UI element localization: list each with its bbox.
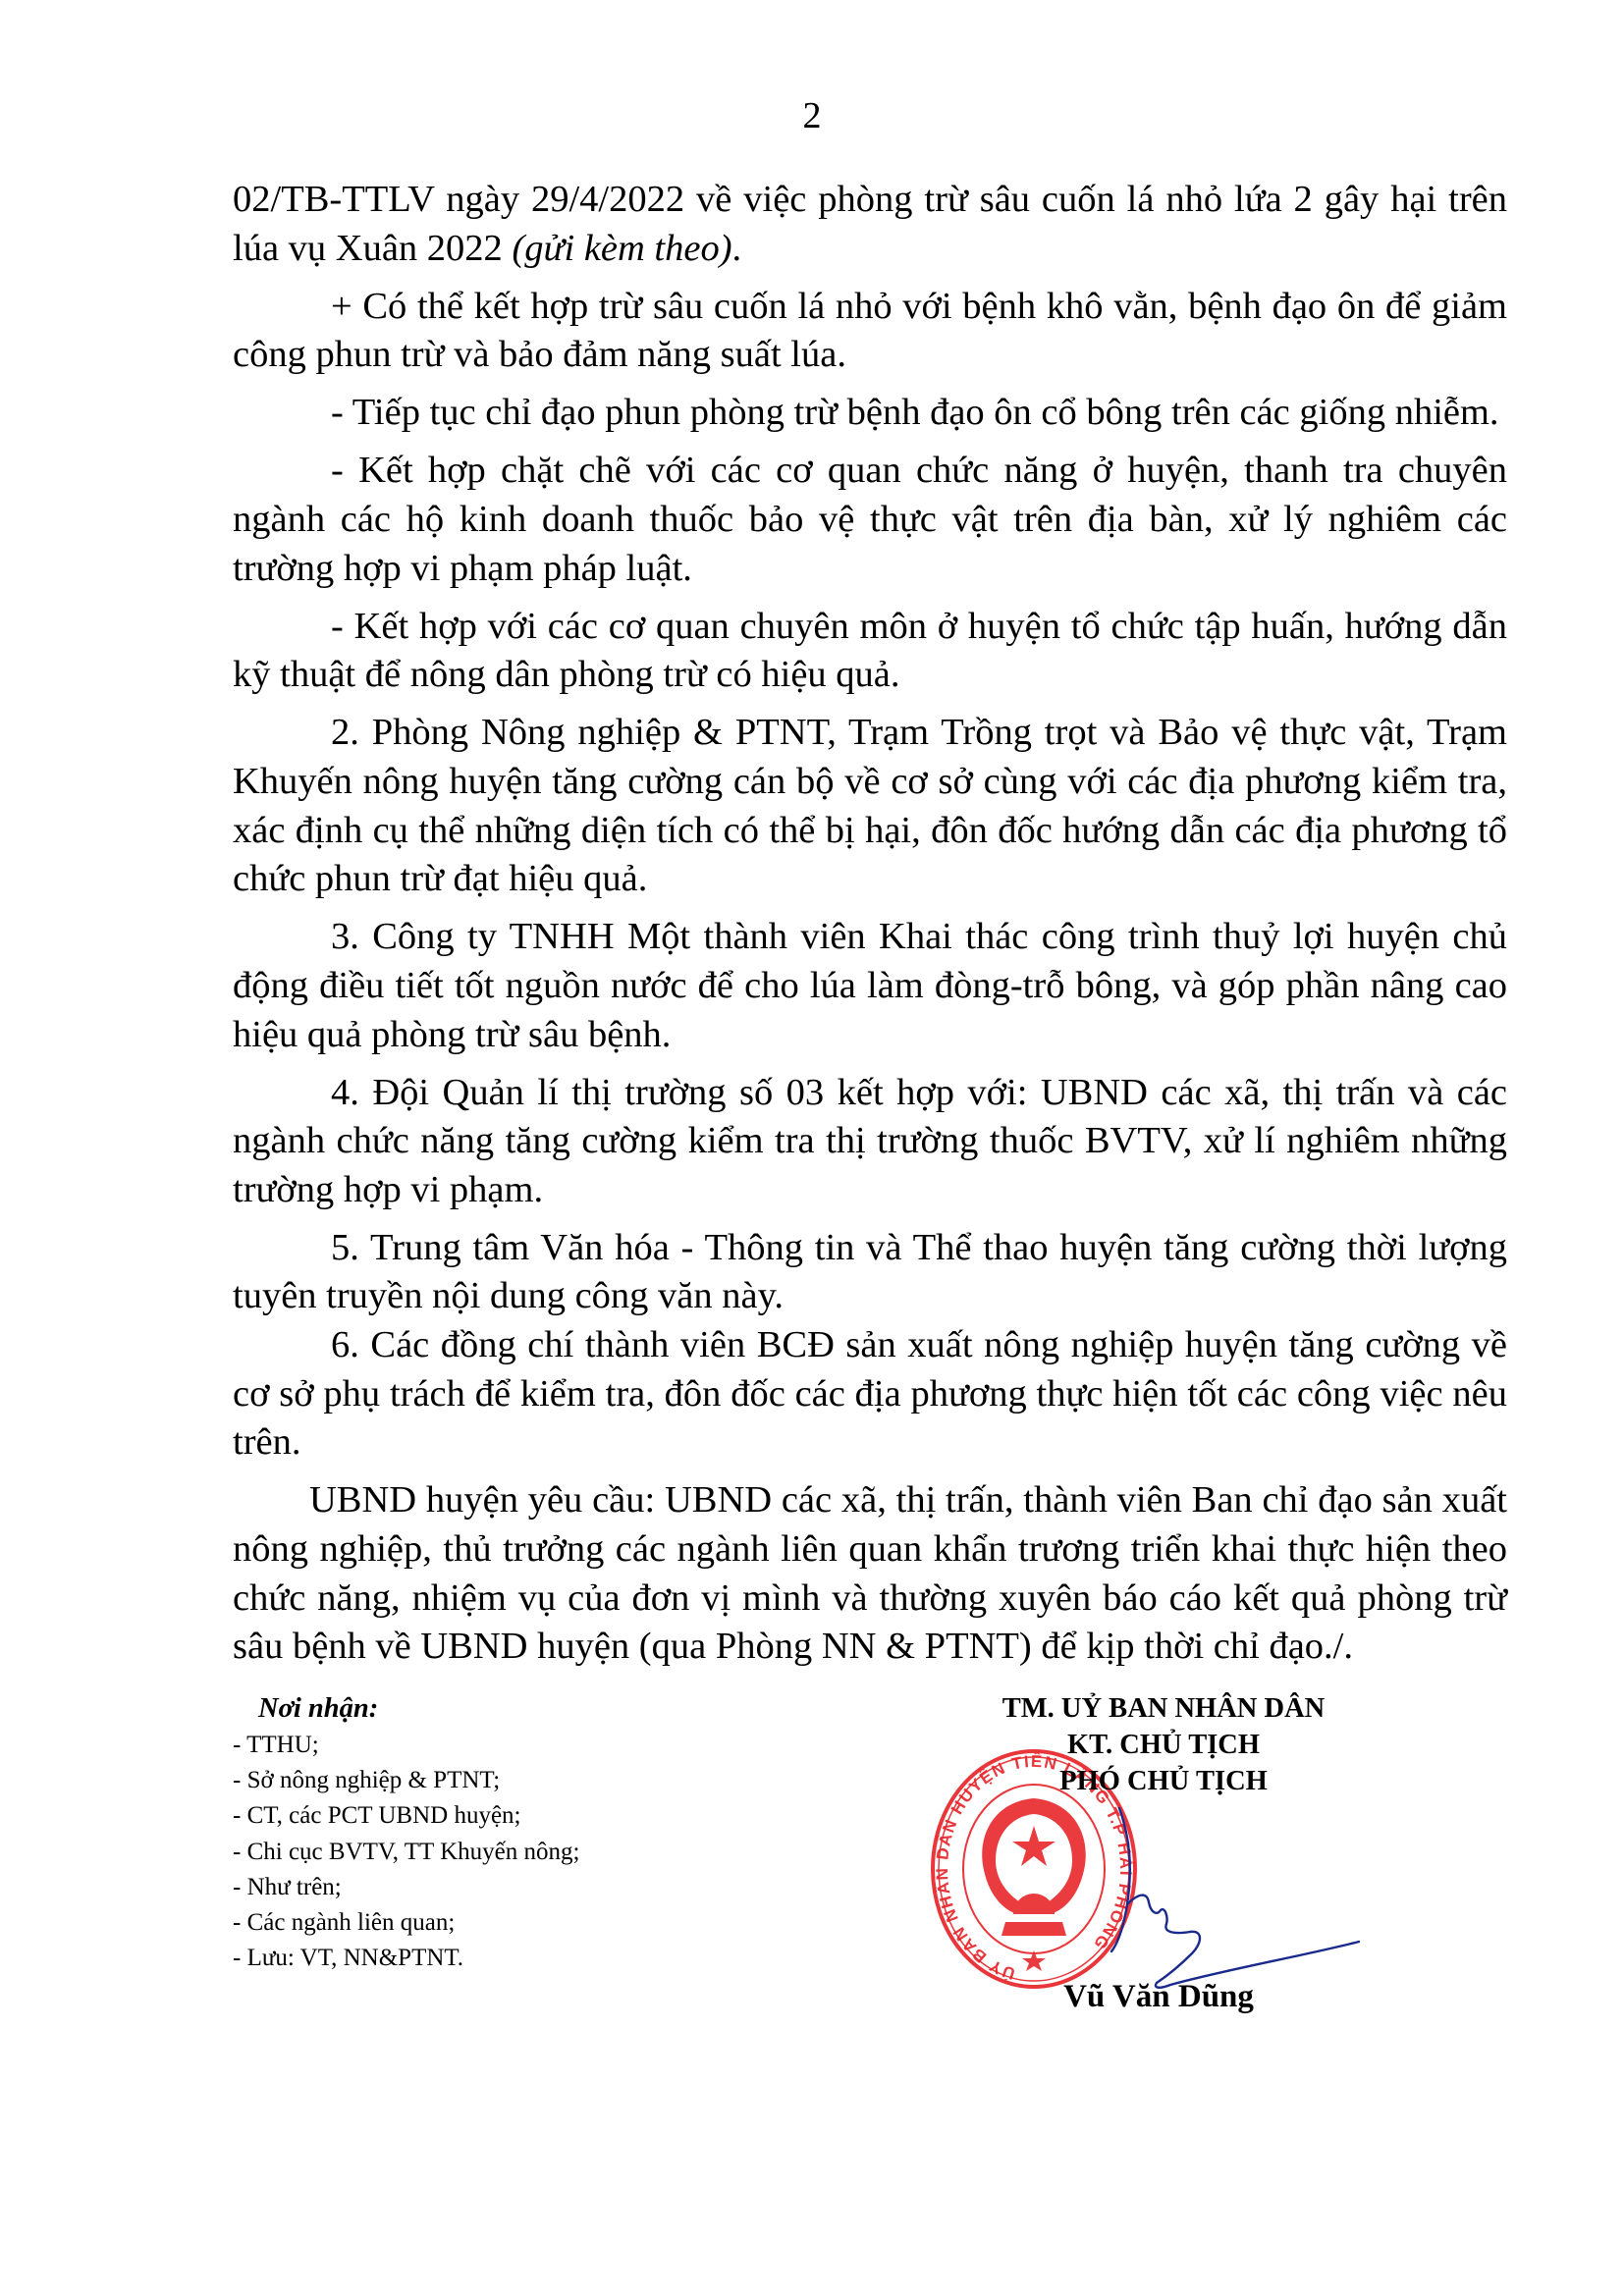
- recipient-item: - Lưu: VT, NN&PTNT.: [233, 1941, 783, 1976]
- recipient-item: - Các ngành liên quan;: [233, 1905, 783, 1941]
- handwritten-signature-icon: [1100, 1796, 1394, 1993]
- page-number: 2: [0, 96, 1624, 135]
- recipient-item: - Chi cục BVTV, TT Khuyến nông;: [233, 1835, 783, 1870]
- signing-capacity: KT. CHỦ TỊCH: [943, 1727, 1384, 1763]
- recipient-item: - Như trên;: [233, 1870, 783, 1905]
- recipient-item: - TTHU;: [233, 1728, 783, 1763]
- paragraph-item-4: 4. Đội Quản lí thị trường số 03 kết hợp …: [233, 1069, 1507, 1215]
- signature-block: TM. UỶ BAN NHÂN DÂN KT. CHỦ TỊCH PHÓ CHỦ…: [943, 1690, 1384, 1799]
- paragraph-item-5: 5. Trung tâm Văn hóa - Thông tin và Thể …: [233, 1224, 1507, 1321]
- paragraph-item-3: 3. Công ty TNHH Một thành viên Khai thác…: [233, 913, 1507, 1059]
- paragraph-item-2: 2. Phòng Nông nghiệp & PTNT, Trạm Trồng …: [233, 709, 1507, 903]
- paragraph-continuation: 02/TB-TTLV ngày 29/4/2022 về việc phòng …: [233, 176, 1507, 273]
- document-body: 02/TB-TTLV ngày 29/4/2022 về việc phòng …: [233, 176, 1507, 1681]
- recipients-title: Nơi nhận:: [233, 1690, 783, 1728]
- paragraph-suffix: .: [732, 228, 742, 269]
- recipient-item: - Sở nông nghiệp & PTNT;: [233, 1763, 783, 1798]
- signer-name: Vũ Văn Dũng: [943, 1977, 1375, 2016]
- paragraph-blast-spraying: - Tiếp tục chỉ đạo phun phòng trừ bệnh đ…: [233, 389, 1507, 438]
- recipients-list: - TTHU; - Sở nông nghiệp & PTNT; - CT, c…: [233, 1728, 783, 1976]
- paragraph-request: UBND huyện yêu cầu: UBND các xã, thị trấ…: [233, 1476, 1507, 1671]
- signer-title: PHÓ CHỦ TỊCH: [943, 1763, 1384, 1799]
- recipients-block: Nơi nhận: - TTHU; - Sở nông nghiệp & PTN…: [233, 1690, 783, 1976]
- attachment-note: (gửi kèm theo): [512, 228, 731, 269]
- paragraph-training: - Kết hợp với các cơ quan chuyên môn ở h…: [233, 603, 1507, 700]
- paragraph-item-6: 6. Các đồng chí thành viên BCĐ sản xuất …: [233, 1321, 1507, 1468]
- signing-authority: TM. UỶ BAN NHÂN DÂN: [943, 1690, 1384, 1727]
- recipient-item: - CT, các PCT UBND huyện;: [233, 1798, 783, 1834]
- paragraph-text: 02/TB-TTLV ngày 29/4/2022 về việc phòng …: [233, 179, 1507, 269]
- paragraph-combine-treatment: + Có thể kết hợp trừ sâu cuốn lá nhỏ với…: [233, 283, 1507, 380]
- paragraph-coordination-inspection: - Kết hợp chặt chẽ với các cơ quan chức …: [233, 447, 1507, 593]
